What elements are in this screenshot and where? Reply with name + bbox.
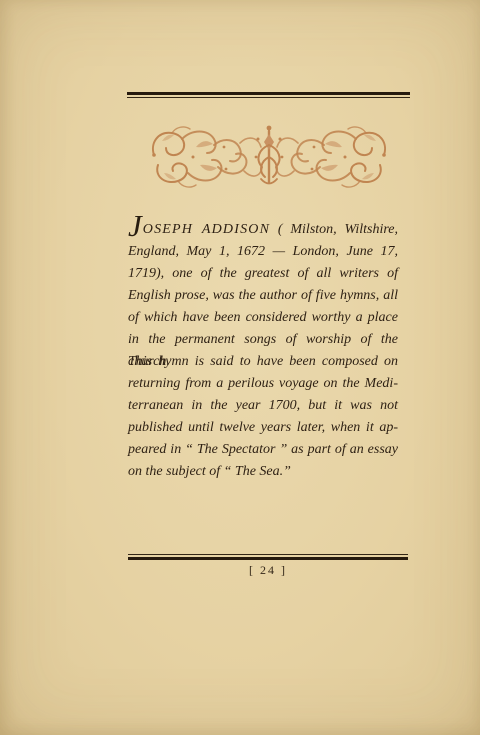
paragraph-line: returning from a perilous voyage on the … <box>128 373 398 395</box>
book-page: JOSEPH ADDISON ( Milston, Wiltshire, Eng… <box>0 0 480 735</box>
top-double-rule <box>127 92 410 98</box>
paragraph-line-text: ( Milston, Wiltshire, <box>270 222 398 237</box>
biography-paragraph: JOSEPH ADDISON ( Milston, Wiltshire, Eng… <box>128 219 398 483</box>
drop-cap-initial: J <box>128 208 142 243</box>
paragraph-line: 1719), one of the greatest of all writer… <box>128 263 398 285</box>
paragraph-line: JOSEPH ADDISON ( Milston, Wiltshire, <box>128 219 398 241</box>
paragraph-line: published until twelve years later, when… <box>128 417 398 439</box>
bottom-double-rule <box>128 554 408 560</box>
floral-headpiece-ornament-icon <box>148 121 390 193</box>
paragraph-line: on the subject of “ The Sea.” <box>128 461 398 483</box>
author-name-caps: OSEPH ADDISON <box>143 222 270 237</box>
bottom-rule-thick-line <box>128 557 408 560</box>
paragraph-line: peared in “ The Spectator ” as part of a… <box>128 439 398 461</box>
paragraph-line: England, May 1, 1672 — London, June 17, <box>128 241 398 263</box>
paragraph-line: in the permanent songs of worship of the… <box>128 329 398 351</box>
top-rule-thin-line <box>127 97 410 98</box>
page-number: [ 24 ] <box>128 563 408 578</box>
paragraph-line: terranean in the year 1700, but it was n… <box>128 395 398 417</box>
paragraph-line: of which have been considered worthy a p… <box>128 307 398 329</box>
paragraph-line: English prose, was the author of five hy… <box>128 285 398 307</box>
paragraph-line: This hymn is said to have been composed … <box>128 351 398 373</box>
